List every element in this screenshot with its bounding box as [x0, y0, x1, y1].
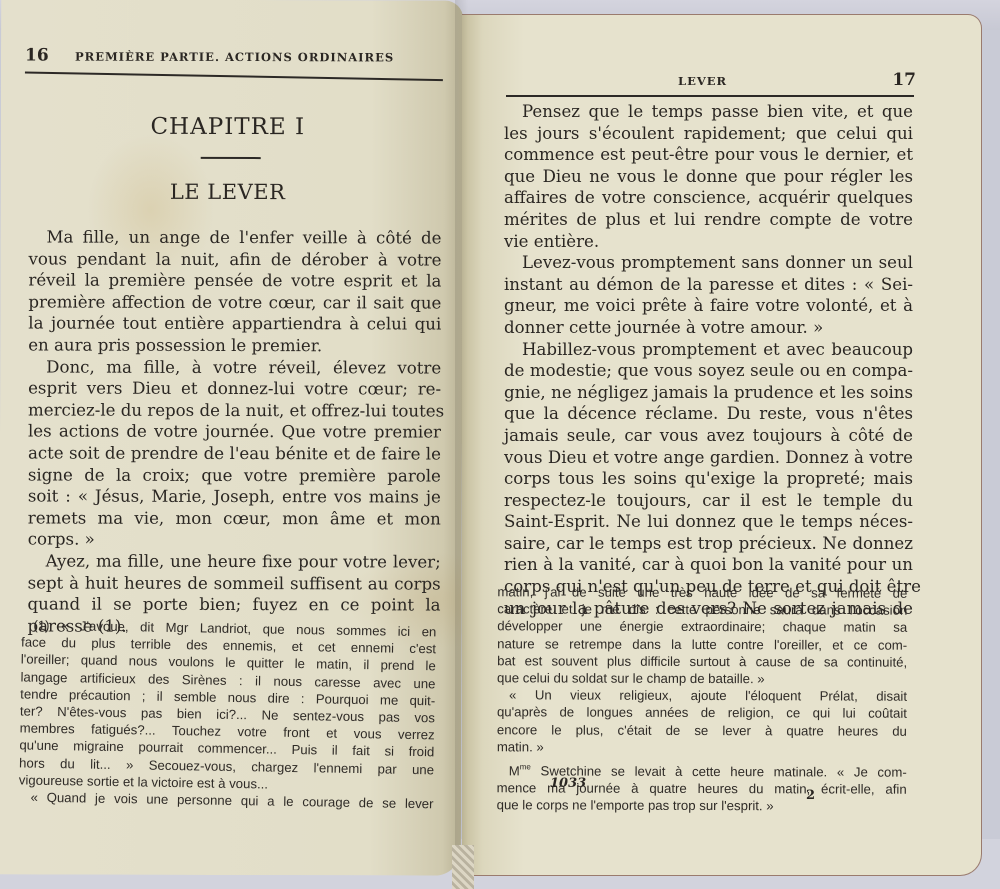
right-page-number: 17 [892, 70, 916, 90]
text-line: Saint-Esprit. Ne lui donnez que le temps… [504, 511, 913, 533]
footnote-line: développer une énergie extraordinaire; c… [497, 618, 907, 637]
text-line: Levez-vous promptement sans donner un se… [504, 252, 913, 274]
text-line: Pensez que le temps passe bien vite, et … [504, 101, 913, 123]
text-line: donner cette journée à votre amour. » [504, 317, 913, 339]
text-line: saire, car le temps est trop précieux. N… [504, 533, 913, 555]
text-line: merciez-le du repos de la nuit, et offre… [28, 399, 441, 422]
text-line: remets ma vie, mon cœur, mon âme et mon [28, 507, 441, 530]
left-running-head: 16 PREMIÈRE PARTIE. ACTIONS ORDINAIRES [25, 45, 445, 66]
text-line: sept à huit heures de sommeil suffisent … [28, 572, 441, 595]
left-page-number: 16 [25, 45, 75, 65]
right-running-title: LEVER [678, 74, 727, 88]
text-line: gneur, me voici prête à faire votre volo… [504, 295, 913, 317]
text-line: Habillez-vous promptement et avec beauco… [504, 339, 913, 361]
text-line: signe de la croix; que votre première pa… [28, 464, 441, 487]
mme-superscript: me [520, 762, 531, 771]
right-running-head: LEVER 17 [506, 70, 916, 90]
text-line: quand il se porte bien; fuyez en ce poin… [28, 594, 441, 617]
text-line: affaires de votre conscience, acquérir q… [504, 187, 913, 209]
text-line: jamais seule, car vous avez toujours à c… [504, 425, 913, 447]
text-line: instant au démon de la paresse et dites … [504, 274, 913, 296]
footnote-line: qu'après de longues années de religion, … [497, 704, 907, 723]
text-line: Donc, ma fille, à votre réveil, élevez v… [28, 356, 441, 379]
right-body-text: Pensez que le temps passe bien vite, et … [504, 101, 913, 619]
text-line: vous pendant la nuit, afin de dérober à … [28, 248, 441, 271]
text-line: Ma fille, un ange de l'enfer veille à cô… [28, 226, 441, 249]
text-line: de modestie; que vous soyez seule ou en … [504, 360, 913, 382]
text-line: les jours s'écoulent rapidement; que cel… [504, 123, 913, 145]
book-spine-shadow [455, 0, 477, 880]
left-body-text: Ma fille, un ange de l'enfer veille à cô… [27, 226, 441, 637]
printer-code: 1033 [550, 776, 586, 791]
text-line: acte soit de prendre de l'eau bénite et … [28, 442, 441, 465]
footnote-line: que le corps ne l'emporte pas trop sur l… [497, 797, 907, 816]
chapter-divider [201, 157, 261, 159]
text-line: vie entière. [504, 231, 913, 253]
text-line: en aura pris possession le premier. [28, 334, 441, 357]
footnote-line: bat est souvent plus difficile surtout à… [497, 652, 907, 671]
text-line: réveil la première pensée de votre espri… [28, 270, 441, 293]
footnote-line: encore le plus, c'était de se lever à qu… [497, 721, 907, 740]
text-line: première affection de votre cœur, car il… [28, 291, 441, 314]
left-footnote: (1) « J'avoue, dit Mgr Landriot, que nou… [18, 616, 436, 812]
text-line: corps. » [28, 529, 441, 552]
footnote-line: matin. » [497, 738, 907, 757]
footnote-line: que celui du soldat sur le champ de bata… [497, 669, 907, 688]
left-running-title: PREMIÈRE PARTIE. ACTIONS ORDINAIRES [75, 50, 394, 65]
text-line: la journée tout entière appartiendra à c… [28, 313, 441, 336]
text-line: Ayez, ma fille, une heure fixe pour votr… [28, 550, 441, 573]
signature-mark: 2 [806, 788, 815, 803]
text-line: commence est peut-être pour vous le dern… [504, 144, 913, 166]
text-line: les actions de votre journée. Que votre … [28, 421, 441, 444]
footnote-text: Swetchine se levait à cette heure matina… [541, 763, 907, 779]
left-header-rule [25, 71, 443, 80]
text-line: que Dieu ne vous le donne que pour régle… [504, 166, 913, 188]
footnote-line: nature se retrempe dans la lutte contre … [497, 635, 907, 654]
text-line: rien à la vanité, car à quoi bon la vani… [504, 554, 913, 576]
chapter-subtitle: LE LEVER [0, 179, 459, 204]
text-line: que la décence réclame. Du reste, vous n… [504, 403, 913, 425]
text-line: respectez-le toujours, car il est le tem… [504, 490, 913, 512]
right-header-rule [506, 95, 914, 97]
bookmark-ribbon [452, 845, 474, 889]
mme-abbrev: M [509, 763, 520, 778]
footnote-line: « Un vieux religieux, ajoute l'éloquent … [497, 687, 907, 706]
text-line: vous Dieu et votre ange gardien. Donnez … [504, 447, 913, 469]
footnote-line: caractère et je me dis : cette personne … [497, 600, 907, 619]
text-line: gnie, ne négligez jamais la prudence et … [504, 382, 913, 404]
text-line: soit : « Jésus, Marie, Joseph, entre vos… [28, 486, 441, 509]
text-line: corps tous les soins qu'exige la propret… [504, 468, 913, 490]
footnote-line: matin, j'ai de suite une très haute idée… [497, 583, 907, 602]
text-line: esprit vers Dieu et donnez-lui votre cœu… [28, 378, 441, 401]
left-page: 16 PREMIÈRE PARTIE. ACTIONS ORDINAIRES C… [0, 0, 463, 876]
chapter-title: CHAPITRE I [0, 113, 459, 140]
text-line: mérites de plus et lui rendre compte de … [504, 209, 913, 231]
